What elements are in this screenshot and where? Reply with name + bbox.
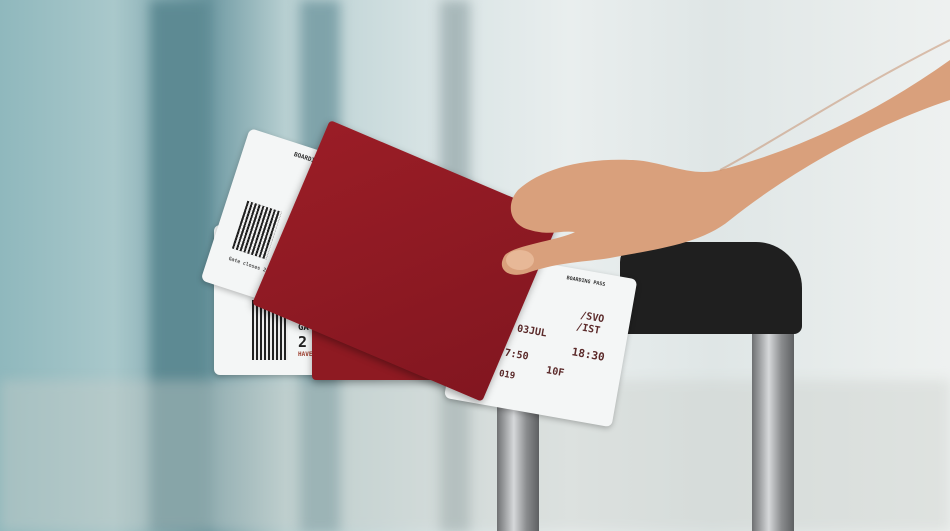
airport-scene: K GA 2 HAVE A BOARDING PASS/ Gate closes… bbox=[0, 0, 950, 531]
hand-arm bbox=[0, 0, 950, 531]
